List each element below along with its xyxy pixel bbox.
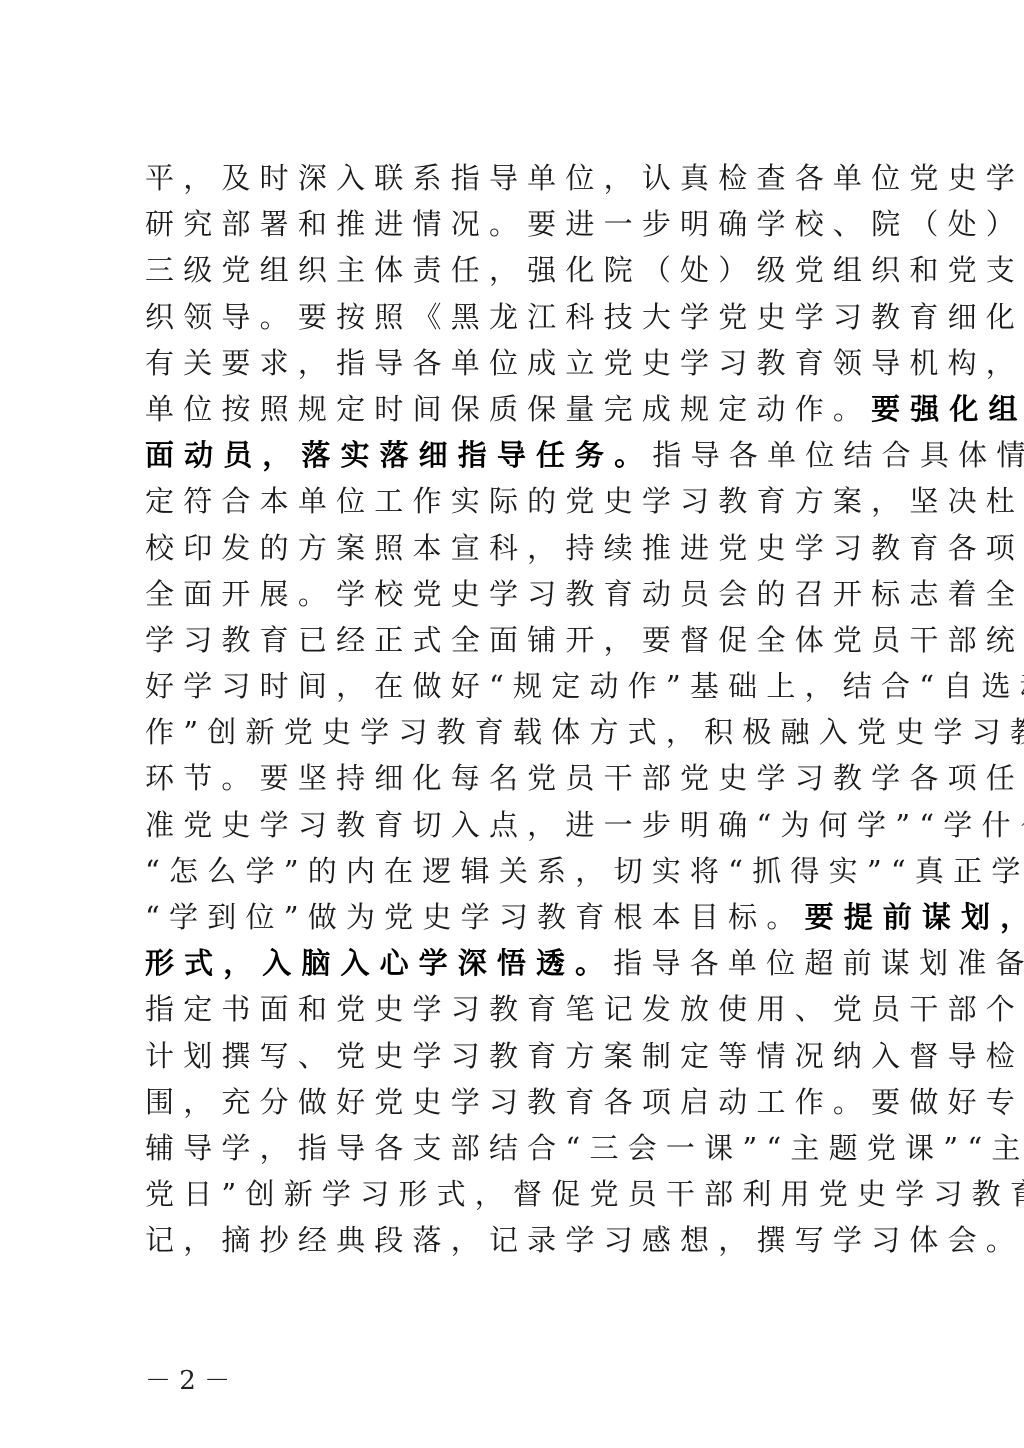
text-run: 学​ 习​ 教​ 育​ 已​ 经​ 正​ 式​ 全​ 面​ 铺​ 开​ ，​ 要…	[145, 623, 1024, 657]
document-page: 平​ ，​ 及​ 时​ 深​ 入​ 联​ 系​ 指​ 导​ 单​ 位​ ，​ 认…	[0, 0, 1024, 1448]
text-run: 平​ ，​ 及​ 时​ 深​ 入​ 联​ 系​ 指​ 导​ 单​ 位​ ，​ 认…	[145, 161, 1024, 195]
text-line: 有​ 关​ 要​ 求​ ，​ 指​ 导​ 各​ 单​ 位​ 成​ 立​ 党​ 史…	[145, 340, 877, 386]
text-line: 三​ 级​ 党​ 组​ 织​ 主​ 体​ 责​ 任​ ，​ 强​ 化​ 院​ （…	[145, 247, 877, 293]
text-line: 面​ 动​ 员​ ，​ 落​ 实​ 落​ 细​ 指​ 导​ 任​ 务​ 。​ 指…	[145, 432, 877, 478]
text-line: 形​ 式​ ，​ 入​ 脑​ 入​ 心​ 学​ 深​ 悟​ 透​ 。​ 指​ 导…	[145, 940, 877, 986]
text-line: “​ 怎​ 么​ 学​ ”​ 的​ 内​ 在​ 逻​ 辑​ 关​ 系​ ，​ 切…	[145, 848, 877, 894]
bold-emphasis: 要​ 提​ 前​ 谋​ 划​ ，​ 创​ 新	[805, 900, 1024, 934]
text-line: 作​ ”​ 创​ 新​ 党​ 史​ 学​ 习​ 教​ 育​ 载​ 体​ 方​ 式…	[145, 709, 877, 755]
text-run: 好​ 学​ 习​ 时​ 间​ ，​ 在​ 做​ 好​ “​ 规​ 定​ 动​ 作…	[145, 669, 1024, 703]
text-line: 计​ 划​ 撰​ 写​ 、​ 党​ 史​ 学​ 习​ 教​ 育​ 方​ 案​ 制…	[145, 1033, 877, 1079]
bold-emphasis: 面​ 动​ 员​ ，​ 落​ 实​ 落​ 细​ 指​ 导​ 任​ 务​ 。	[145, 438, 643, 472]
text-run: “​ 学​ 到​ 位​ ”​ 做​ 为​ 党​ 史​ 学​ 习​ 教​ 育​ 根…	[145, 900, 795, 934]
text-line: 织​ 领​ 导​ 。​ 要​ 按​ 照​ 《​ 黑​ 龙​ 江​ 科​ 技​ 大…	[145, 294, 877, 340]
text-run: 指​ 导​ 各​ 单​ 位​ 结​ 合​ 具​ 体​ 情​ 况​ ，​ 制	[652, 438, 1024, 472]
text-run: “​ 怎​ 么​ 学​ ”​ 的​ 内​ 在​ 逻​ 辑​ 关​ 系​ ，​ 切…	[145, 854, 1024, 888]
text-run: 织​ 领​ 导​ 。​ 要​ 按​ 照​ 《​ 黑​ 龙​ 江​ 科​ 技​ 大…	[145, 300, 1024, 334]
text-run: 全​ 面​ 开​ 展​ 。​ 学​ 校​ 党​ 史​ 学​ 习​ 教​ 育​ 动…	[145, 577, 1024, 611]
text-run: 指​ 定​ 书​ 面​ 和​ 党​ 史​ 学​ 习​ 教​ 育​ 笔​ 记​ 发…	[145, 992, 1024, 1026]
text-line: 围​ ，​ 充​ 分​ 做​ 好​ 党​ 史​ 学​ 习​ 教​ 育​ 各​ 项…	[145, 1079, 877, 1125]
text-line: 单​ 位​ 按​ 照​ 规​ 定​ 时​ 间​ 保​ 质​ 保​ 量​ 完​ 成…	[145, 386, 877, 432]
text-line: 平​ ，​ 及​ 时​ 深​ 入​ 联​ 系​ 指​ 导​ 单​ 位​ ，​ 认…	[145, 155, 877, 201]
text-line: 记​ ，​ 摘​ 抄​ 经​ 典​ 段​ 落​ ，​ 记​ 录​ 学​ 习​ 感…	[145, 1217, 877, 1263]
text-run: 计​ 划​ 撰​ 写​ 、​ 党​ 史​ 学​ 习​ 教​ 育​ 方​ 案​ 制…	[145, 1039, 1024, 1073]
text-line: 校​ 印​ 发​ 的​ 方​ 案​ 照​ 本​ 宣​ 科​ ，​ 持​ 续​ 推…	[145, 525, 877, 571]
text-run: 记​ ，​ 摘​ 抄​ 经​ 典​ 段​ 落​ ，​ 记​ 录​ 学​ 习​ 感…	[145, 1223, 1024, 1257]
text-run: 作​ ”​ 创​ 新​ 党​ 史​ 学​ 习​ 教​ 育​ 载​ 体​ 方​ 式…	[145, 715, 1024, 749]
text-run: 辅​ 导​ 学​ ，​ 指​ 导​ 各​ 支​ 部​ 结​ 合​ “​ 三​ 会…	[145, 1131, 1024, 1165]
text-run: 定​ 符​ 合​ 本​ 单​ 位​ 工​ 作​ 实​ 际​ 的​ 党​ 史​ 学…	[145, 484, 1024, 518]
text-run: 校​ 印​ 发​ 的​ 方​ 案​ 照​ 本​ 宣​ 科​ ，​ 持​ 续​ 推…	[145, 531, 1024, 565]
text-line: 指​ 定​ 书​ 面​ 和​ 党​ 史​ 学​ 习​ 教​ 育​ 笔​ 记​ 发…	[145, 986, 877, 1032]
text-run: 研​ 究​ 部​ 署​ 和​ 推​ 进​ 情​ 况​ 。​ 要​ 进​ 一​ 步…	[145, 207, 1024, 241]
text-run: 有​ 关​ 要​ 求​ ，​ 指​ 导​ 各​ 单​ 位​ 成​ 立​ 党​ 史…	[145, 346, 1024, 380]
bold-emphasis: 形​ 式​ ，​ 入​ 脑​ 入​ 心​ 学​ 深​ 悟​ 透​ 。	[145, 946, 604, 980]
text-run: 环​ 节​ 。​ 要​ 坚​ 持​ 细​ 化​ 每​ 名​ 党​ 员​ 干​ 部…	[145, 761, 1024, 795]
text-run: 三​ 级​ 党​ 组​ 织​ 主​ 体​ 责​ 任​ ，​ 强​ 化​ 院​ （…	[145, 253, 1024, 287]
text-run: 单​ 位​ 按​ 照​ 规​ 定​ 时​ 间​ 保​ 质​ 保​ 量​ 完​ 成…	[145, 392, 862, 426]
text-line: 全​ 面​ 开​ 展​ 。​ 学​ 校​ 党​ 史​ 学​ 习​ 教​ 育​ 动…	[145, 571, 877, 617]
text-run: 准​ 党​ 史​ 学​ 习​ 教​ 育​ 切​ 入​ 点​ ，​ 进​ 一​ 步…	[145, 808, 1024, 842]
text-line: 定​ 符​ 合​ 本​ 单​ 位​ 工​ 作​ 实​ 际​ 的​ 党​ 史​ 学…	[145, 478, 877, 524]
text-line: 党​ 日​ ”​ 创​ 新​ 学​ 习​ 形​ 式​ ，​ 督​ 促​ 党​ 员…	[145, 1171, 877, 1217]
text-line: 环​ 节​ 。​ 要​ 坚​ 持​ 细​ 化​ 每​ 名​ 党​ 员​ 干​ 部…	[145, 755, 877, 801]
page-number: － 2 －	[145, 1360, 230, 1397]
text-run: 指​ 导​ 各​ 单​ 位​ 超​ 前​ 谋​ 划​ 准​ 备​ 学​ ，​ 将	[613, 946, 1024, 980]
text-line: 学​ 习​ 教​ 育​ 已​ 经​ 正​ 式​ 全​ 面​ 铺​ 开​ ，​ 要…	[145, 617, 877, 663]
text-line: 好​ 学​ 习​ 时​ 间​ ，​ 在​ 做​ 好​ “​ 规​ 定​ 动​ 作…	[145, 663, 877, 709]
text-line: 准​ 党​ 史​ 学​ 习​ 教​ 育​ 切​ 入​ 点​ ，​ 进​ 一​ 步…	[145, 802, 877, 848]
text-run: 党​ 日​ ”​ 创​ 新​ 学​ 习​ 形​ 式​ ，​ 督​ 促​ 党​ 员…	[145, 1177, 1024, 1211]
text-line: “​ 学​ 到​ 位​ ”​ 做​ 为​ 党​ 史​ 学​ 习​ 教​ 育​ 根…	[145, 894, 877, 940]
text-line: 研​ 究​ 部​ 署​ 和​ 推​ 进​ 情​ 况​ 。​ 要​ 进​ 一​ 步…	[145, 201, 877, 247]
text-run: 围​ ，​ 充​ 分​ 做​ 好​ 党​ 史​ 学​ 习​ 教​ 育​ 各​ 项…	[145, 1085, 1024, 1119]
body-paragraph: 平​ ，​ 及​ 时​ 深​ 入​ 联​ 系​ 指​ 导​ 单​ 位​ ，​ 认…	[145, 155, 877, 1264]
bold-emphasis: 要​ 强​ 化​ 组​ 织​ ，​ 全	[871, 392, 1024, 426]
text-line: 辅​ 导​ 学​ ，​ 指​ 导​ 各​ 支​ 部​ 结​ 合​ “​ 三​ 会…	[145, 1125, 877, 1171]
